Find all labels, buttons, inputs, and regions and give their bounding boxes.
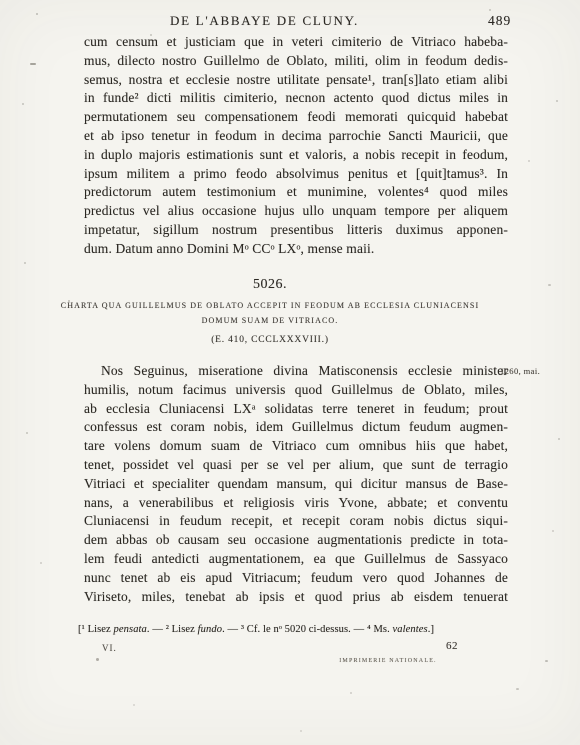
charter-source-reference: (E. 410, CCCLXXXVIII.): [40, 335, 500, 345]
gathering-signature: 62: [446, 640, 458, 652]
charter-entry-number: 5026.: [40, 277, 500, 293]
text-line: dem abbas ob causam seu occasione augmen…: [84, 531, 508, 550]
text-line: ab ecclesia Cluniacensi LXᵃ solidatas te…: [84, 400, 508, 419]
footnote-segment: .]: [428, 624, 434, 635]
text-line: nans, a venerabilibus et religiosis viri…: [84, 494, 508, 513]
text-line: semus, nostra et ecclesie nostre utilita…: [84, 71, 508, 90]
text-line: impetatur, sigillum nostrum presentibus …: [84, 221, 508, 240]
scan-speck: [133, 704, 135, 706]
footnote-segment: . — ³ Cf. le nᵒ 5020 ci-dessus. — ⁴ Ms.: [222, 624, 392, 635]
scan-speck: [350, 692, 352, 694]
scan-speck: [150, 34, 152, 36]
scan-speck: [528, 160, 530, 162]
charter-title-line-1: CHARTA QUA GUILLELMUS DE OBLATO ACCEPIT …: [40, 301, 500, 310]
scan-speck: [489, 9, 491, 11]
scan-speck: [516, 688, 519, 690]
scan-speck: [68, 300, 70, 302]
text-line: in funde² dicti militis cimiterio, necno…: [84, 89, 508, 108]
scanned-book-page: DE L'ABBAYE DE CLUNY. 489 cum censum et …: [0, 0, 580, 745]
scan-speck: [556, 100, 558, 102]
text-line: mus, dilecto nostro Guillelmo de Oblato,…: [84, 52, 508, 71]
text-line: tenet, possidet vel quasi per se vel per…: [84, 456, 508, 475]
scan-speck: [96, 658, 99, 661]
text-line: humilis, notum facimus universis quod Gu…: [84, 381, 508, 400]
text-line: lem feudi antedicti augmentationem, ea q…: [84, 550, 508, 569]
text-line: Vitriaci et specialiter quendam mansum, …: [84, 475, 508, 494]
printer-imprint: IMPRIMERIE NATIONALE.: [318, 658, 458, 664]
page-number: 489: [488, 13, 511, 29]
continuation-paragraph: cum censum et justiciam que in veteri ci…: [84, 33, 508, 259]
text-line: predictus vel alius occasione hujus ullo…: [84, 202, 508, 221]
text-line: nunc tenet ab eis apud Vitriacum; feudum…: [84, 569, 508, 588]
footnote-segment-italic: valentes: [393, 624, 428, 635]
text-line: Cluniacensi in feudum recepit, et recepi…: [84, 512, 508, 531]
charter-paragraph: Nos Seguinus, miseratione divina Matisco…: [84, 362, 508, 606]
scan-speck: [22, 103, 24, 105]
text-line: permutationem seu compensationem feodi m…: [84, 108, 508, 127]
scan-speck: [30, 63, 36, 65]
scan-speck: [545, 660, 548, 662]
volume-signature: VI.: [102, 643, 117, 653]
scan-speck: [558, 438, 560, 440]
text-line: tare volens domum suam de Vitriaco cum o…: [84, 437, 508, 456]
scan-speck: [26, 432, 28, 434]
text-line: et ab ipso tenetur in feodum in decima p…: [84, 127, 508, 146]
footnote: [¹ Lisez pensata. — ² Lisez fundo. — ³ C…: [78, 624, 496, 635]
running-title: DE L'ABBAYE DE CLUNY.: [170, 13, 359, 29]
footnote-segment: . — ² Lisez: [147, 624, 198, 635]
text-line: predictorum autem testimonium et munimin…: [84, 183, 508, 202]
text-line: Nos Seguinus, miseratione divina Matisco…: [84, 362, 508, 381]
text-line: cum censum et justiciam que in veteri ci…: [84, 33, 508, 52]
footnote-segment-italic: pensata: [114, 624, 147, 635]
text-line: confessus est coram nobis, idem Guillelm…: [84, 418, 508, 437]
scan-speck: [552, 530, 554, 532]
scan-speck: [300, 730, 302, 732]
text-line: in duplo majoris estimationis sunt et va…: [84, 146, 508, 165]
text-line: Viriseto, miles, tenebat ab ipsis et quo…: [84, 588, 508, 607]
text-line: ipsum militem a primo feodo absolvimus p…: [84, 165, 508, 184]
scan-speck: [36, 13, 38, 15]
scan-speck: [548, 284, 551, 286]
text-line: dum. Datum anno Domini Mᵒ CCᵒ LXᵒ, mense…: [84, 240, 508, 259]
scan-speck: [40, 562, 42, 564]
scan-speck: [24, 262, 26, 264]
footnote-segment: [¹ Lisez: [78, 624, 114, 635]
charter-title-line-2: DOMUM SUAM DE VITRIACO.: [40, 316, 500, 325]
footnote-segment-italic: fundo: [198, 624, 222, 635]
